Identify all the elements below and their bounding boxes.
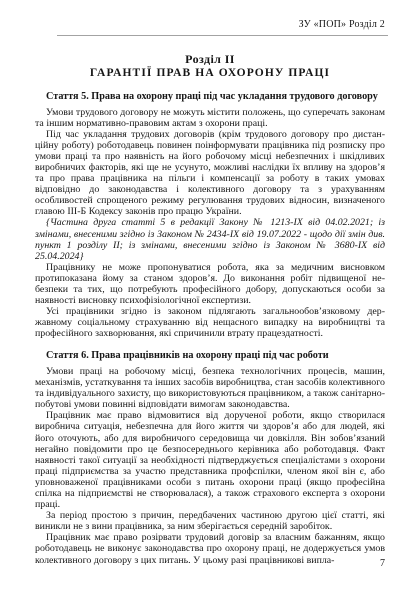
- article-5-amendment-note: {Частина друга статті 5 в редакції Закон…: [35, 217, 385, 261]
- article-6-paragraph-1: Умови праці на робочому місці, безпека т…: [35, 366, 385, 410]
- running-header: ЗУ «ПОП» Розділ 2: [35, 19, 385, 30]
- page-number: 7: [380, 559, 385, 569]
- article-6-heading: Стаття 6. Права працівників на охорону п…: [35, 350, 385, 362]
- chapter-label: Розділ II: [35, 53, 385, 67]
- article-5-paragraph-3: Працівнику не може пропонуватися робота,…: [35, 262, 385, 306]
- article-6-paragraph-2: Працівник має право відмовитися від дору…: [35, 410, 385, 510]
- article-6-paragraph-4: Працівник має право розірвати трудовий д…: [35, 532, 385, 565]
- running-header-text: ЗУ «ПОП» Розділ 2: [299, 19, 385, 30]
- chapter-title: ГАРАНТІЇ ПРАВ НА ОХОРОНУ ПРАЦІ: [35, 67, 385, 81]
- article-5-paragraph-2: Під час укладання трудових договорів (кр…: [35, 129, 385, 218]
- article-6: Стаття 6. Права працівників на охорону п…: [35, 350, 385, 565]
- article-5: Стаття 5. Права на охорону праці під час…: [35, 91, 385, 339]
- header-rule: [57, 35, 388, 36]
- article-6-paragraph-3: За період простою з причин, передбачених…: [35, 510, 385, 532]
- article-5-paragraph-4: Усі працівники згідно із законом підляга…: [35, 306, 385, 339]
- article-5-heading: Стаття 5. Права на охорону праці під час…: [35, 91, 385, 103]
- article-5-paragraph-1: Умови трудового договору не можуть місти…: [35, 107, 385, 129]
- document-page: ЗУ «ПОП» Розділ 2 Розділ II ГАРАНТІЇ ПРА…: [0, 0, 420, 595]
